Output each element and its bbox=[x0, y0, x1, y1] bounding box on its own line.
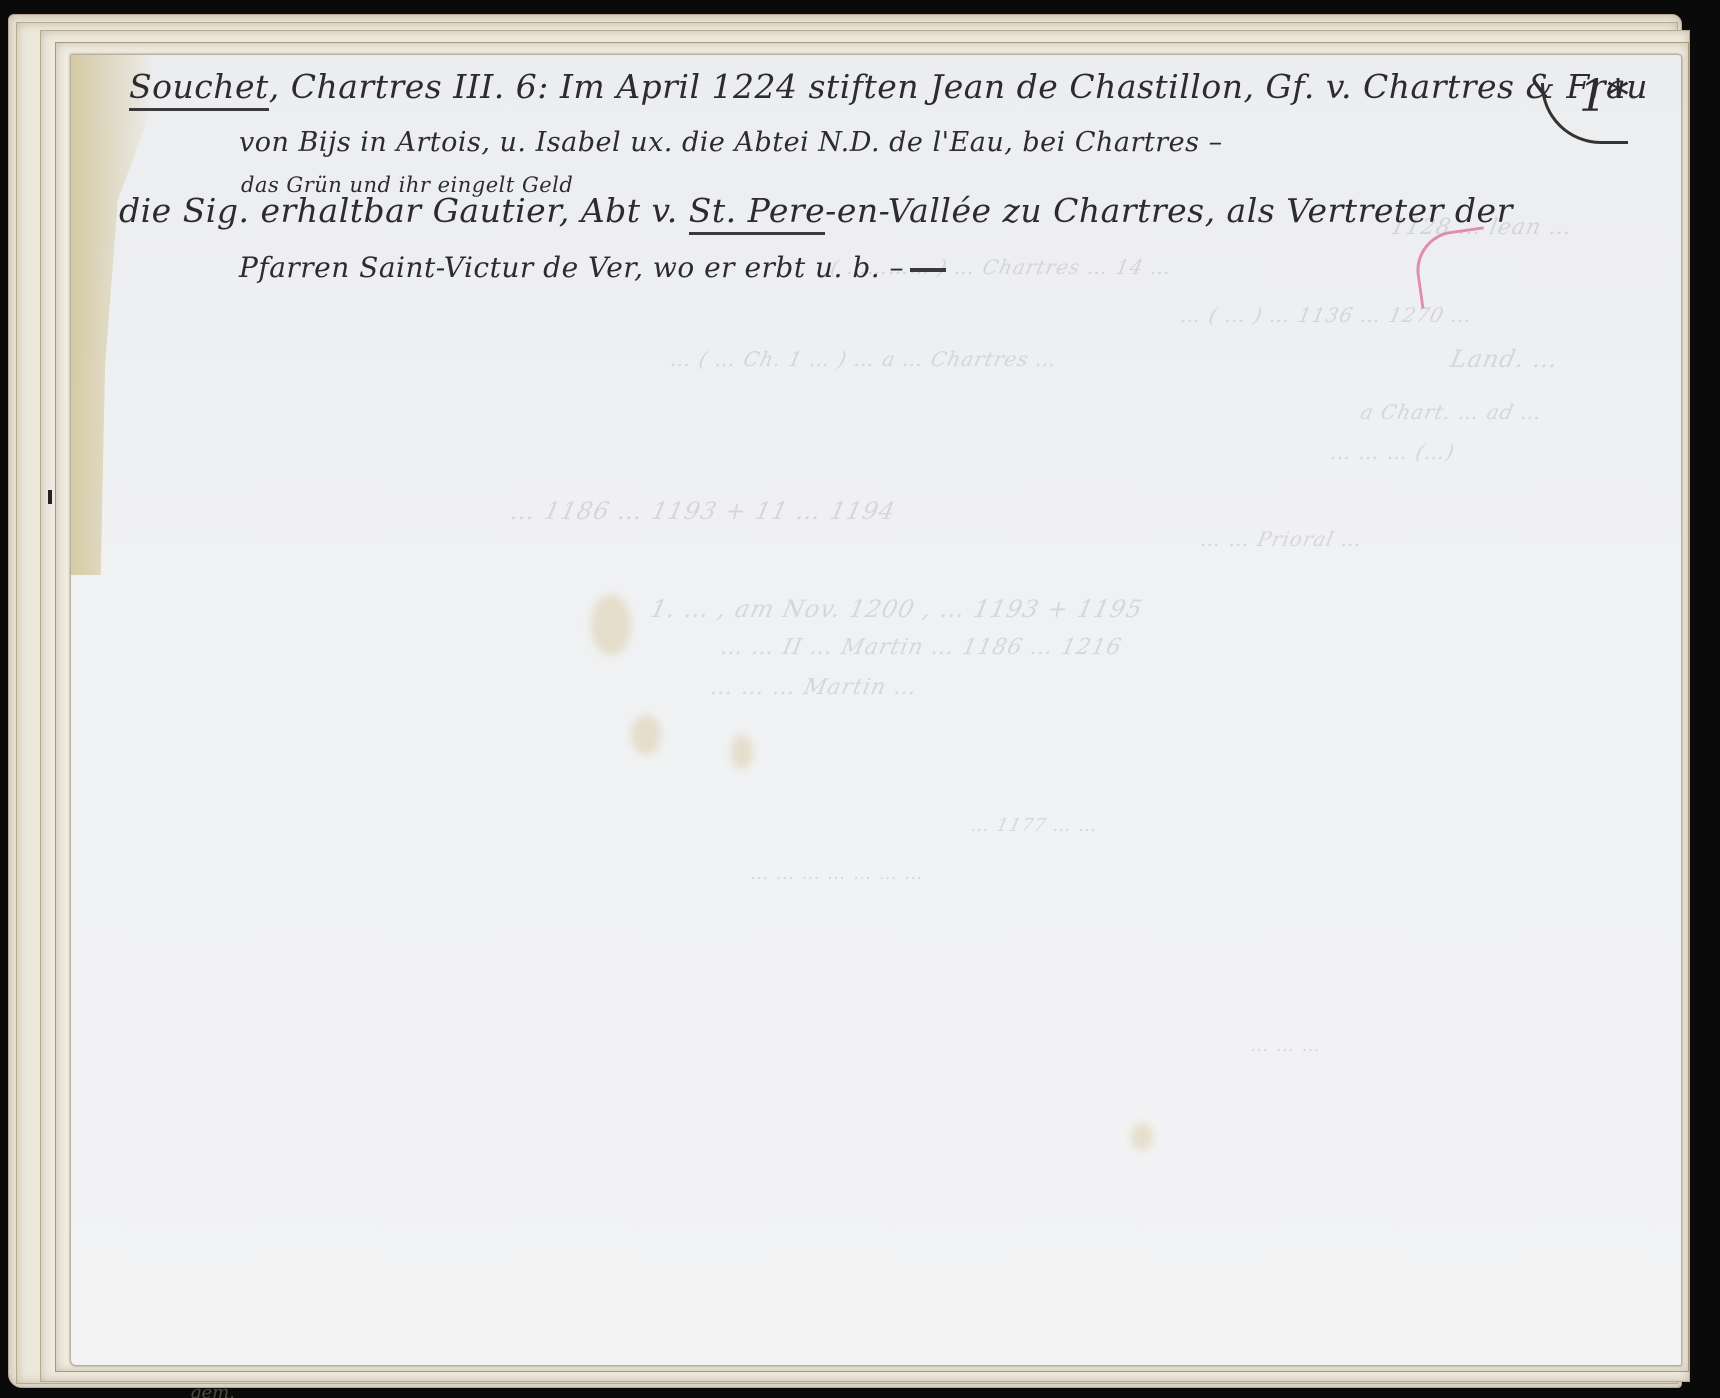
bleed-through-text: … … … bbox=[1249, 1035, 1324, 1056]
water-stain bbox=[71, 55, 156, 575]
foxing-spot bbox=[731, 735, 753, 769]
abbey-reference: St. Pere bbox=[689, 191, 825, 235]
bleed-through-text: … … Prioral … bbox=[1198, 527, 1365, 551]
bleed-through-text: … … … (…) bbox=[1328, 440, 1457, 464]
source-reference: Souchet bbox=[129, 67, 269, 111]
bleed-through-text: a Chart. … ad … bbox=[1358, 400, 1544, 424]
edge-tick-mark bbox=[48, 490, 52, 504]
bleed-through-text: … … … Martin … bbox=[708, 675, 920, 700]
manuscript-line-4: die Sig. erhaltbar Gautier, Abt v. St. P… bbox=[119, 191, 1513, 230]
manuscript-line-2: von Bijs in Artois, u. Isabel ux. die Ab… bbox=[239, 127, 1223, 158]
foxing-spot bbox=[1131, 1123, 1153, 1151]
manuscript-line-text: , Chartres III. 6: Im April 1224 stiften… bbox=[269, 67, 1648, 106]
manuscript-line-text: Pfarren Saint-Victur de Ver, wo er erbt … bbox=[239, 251, 904, 284]
manuscript-line-text: die Sig. erhaltbar Gautier, Abt v. bbox=[119, 191, 689, 230]
dash-mark bbox=[910, 268, 946, 272]
manuscript-line-text: -en-Vallée zu Chartres, als Vertreter de… bbox=[825, 191, 1513, 230]
manuscript-page: 1128 … lean … ( ………… ) … Chartres … 14 …… bbox=[70, 54, 1682, 1366]
bleed-through-text: … … … … … … … bbox=[749, 863, 927, 884]
bleed-through-text: Land. … bbox=[1448, 345, 1561, 373]
bleed-through-text: … 1186 … 1193 + 11 … 1194 bbox=[508, 497, 898, 525]
bleed-through-text: … ( … Ch. 1 … ) … a … Chartres … bbox=[668, 347, 1059, 371]
bleed-through-text: … 1177 … … bbox=[969, 815, 1100, 836]
foxing-spot bbox=[591, 595, 631, 655]
bleed-through-text: … … II … Martin … 1186 … 1216 bbox=[718, 635, 1124, 660]
scan-stage: 1128 … lean … ( ………… ) … Chartres … 14 …… bbox=[0, 0, 1720, 1398]
manuscript-line-5: Pfarren Saint-Victur de Ver, wo er erbt … bbox=[239, 251, 946, 284]
manuscript-line-1: Souchet, Chartres III. 6: Im April 1224 … bbox=[129, 67, 1648, 106]
folio-number: 1* bbox=[1541, 77, 1629, 147]
bottom-edge-note: gem. bbox=[190, 1382, 235, 1398]
bleed-through-text: 1. … , am Nov. 1200 , … 1193 + 1195 bbox=[648, 595, 1146, 623]
foxing-spot bbox=[631, 715, 661, 755]
